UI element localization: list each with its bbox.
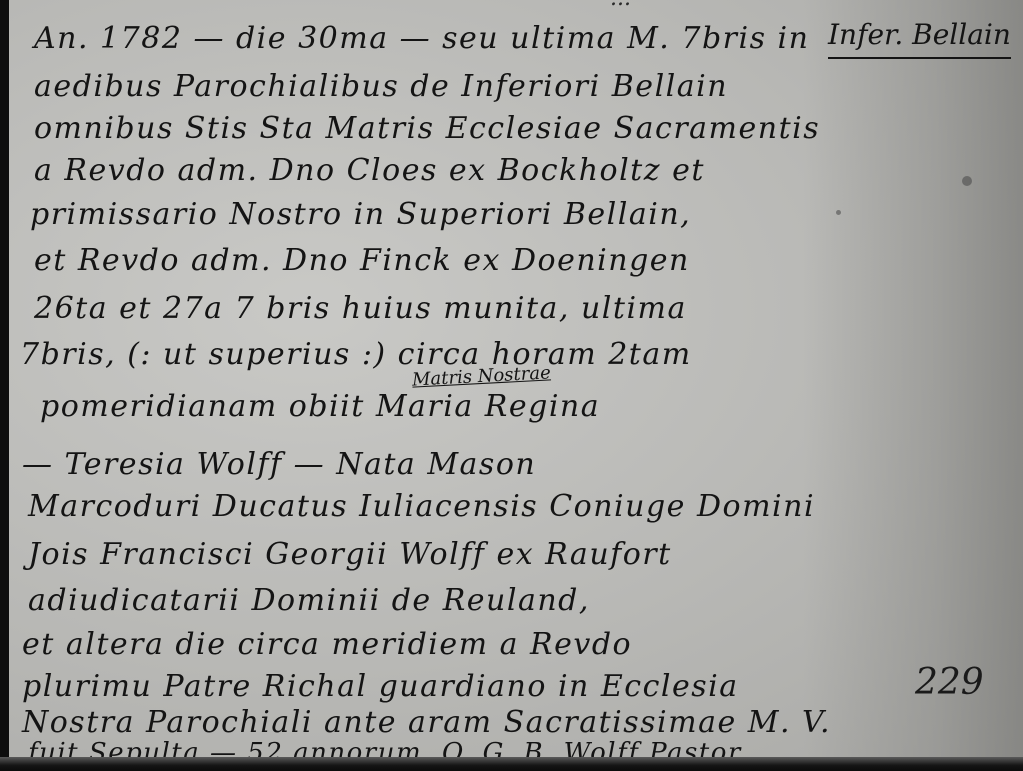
margin-note-place: Infer. Bellain <box>828 18 1011 59</box>
binding-edge <box>0 0 9 771</box>
document-scan: ... Infer. Bellain An. 1782 — die 30ma —… <box>0 0 1023 771</box>
register-line-16: Nostra Parochiali ante aram Sacratissima… <box>22 708 831 738</box>
register-line-15: plurimu Patre Richal guardiano in Eccles… <box>22 672 739 702</box>
register-line-7: 26ta et 27a 7 bris huius munita, ultima <box>34 294 687 324</box>
register-line-14: et altera die circa meridiem a Revdo <box>22 630 632 660</box>
paper-stain <box>803 0 1023 771</box>
register-line-4: a Revdo adm. Dno Cloes ex Bockholtz et <box>34 156 705 186</box>
register-line-1: An. 1782 — die 30ma — seu ultima M. 7bri… <box>34 24 809 54</box>
cut-off-previous-line: ... <box>610 0 631 11</box>
register-line-8: 7bris, (: ut superius :) circa horam 2ta… <box>20 340 692 370</box>
ink-spot <box>962 176 972 186</box>
page-bottom-edge <box>0 757 1023 771</box>
register-line-3: omnibus Stis Sta Matris Ecclesiae Sacram… <box>34 114 820 144</box>
register-line-5: primissario Nostro in Superiori Bellain, <box>30 200 691 230</box>
register-line-9: pomeridianam obiit Maria Regina <box>40 392 600 422</box>
register-line-2: aedibus Parochialibus de Inferiori Bella… <box>34 72 728 102</box>
page-number: 229 <box>915 662 984 703</box>
ink-spot <box>836 210 841 215</box>
register-line-6: et Revdo adm. Dno Finck ex Doeningen <box>34 246 690 276</box>
register-line-13: adiudicatarii Dominii de Reuland, <box>28 586 590 616</box>
register-line-12: Jois Francisci Georgii Wolff ex Raufort <box>28 540 672 570</box>
register-line-10: — Teresia Wolff — Nata Mason <box>22 450 536 480</box>
register-line-11: Marcoduri Ducatus Iuliacensis Coniuge Do… <box>28 492 815 522</box>
